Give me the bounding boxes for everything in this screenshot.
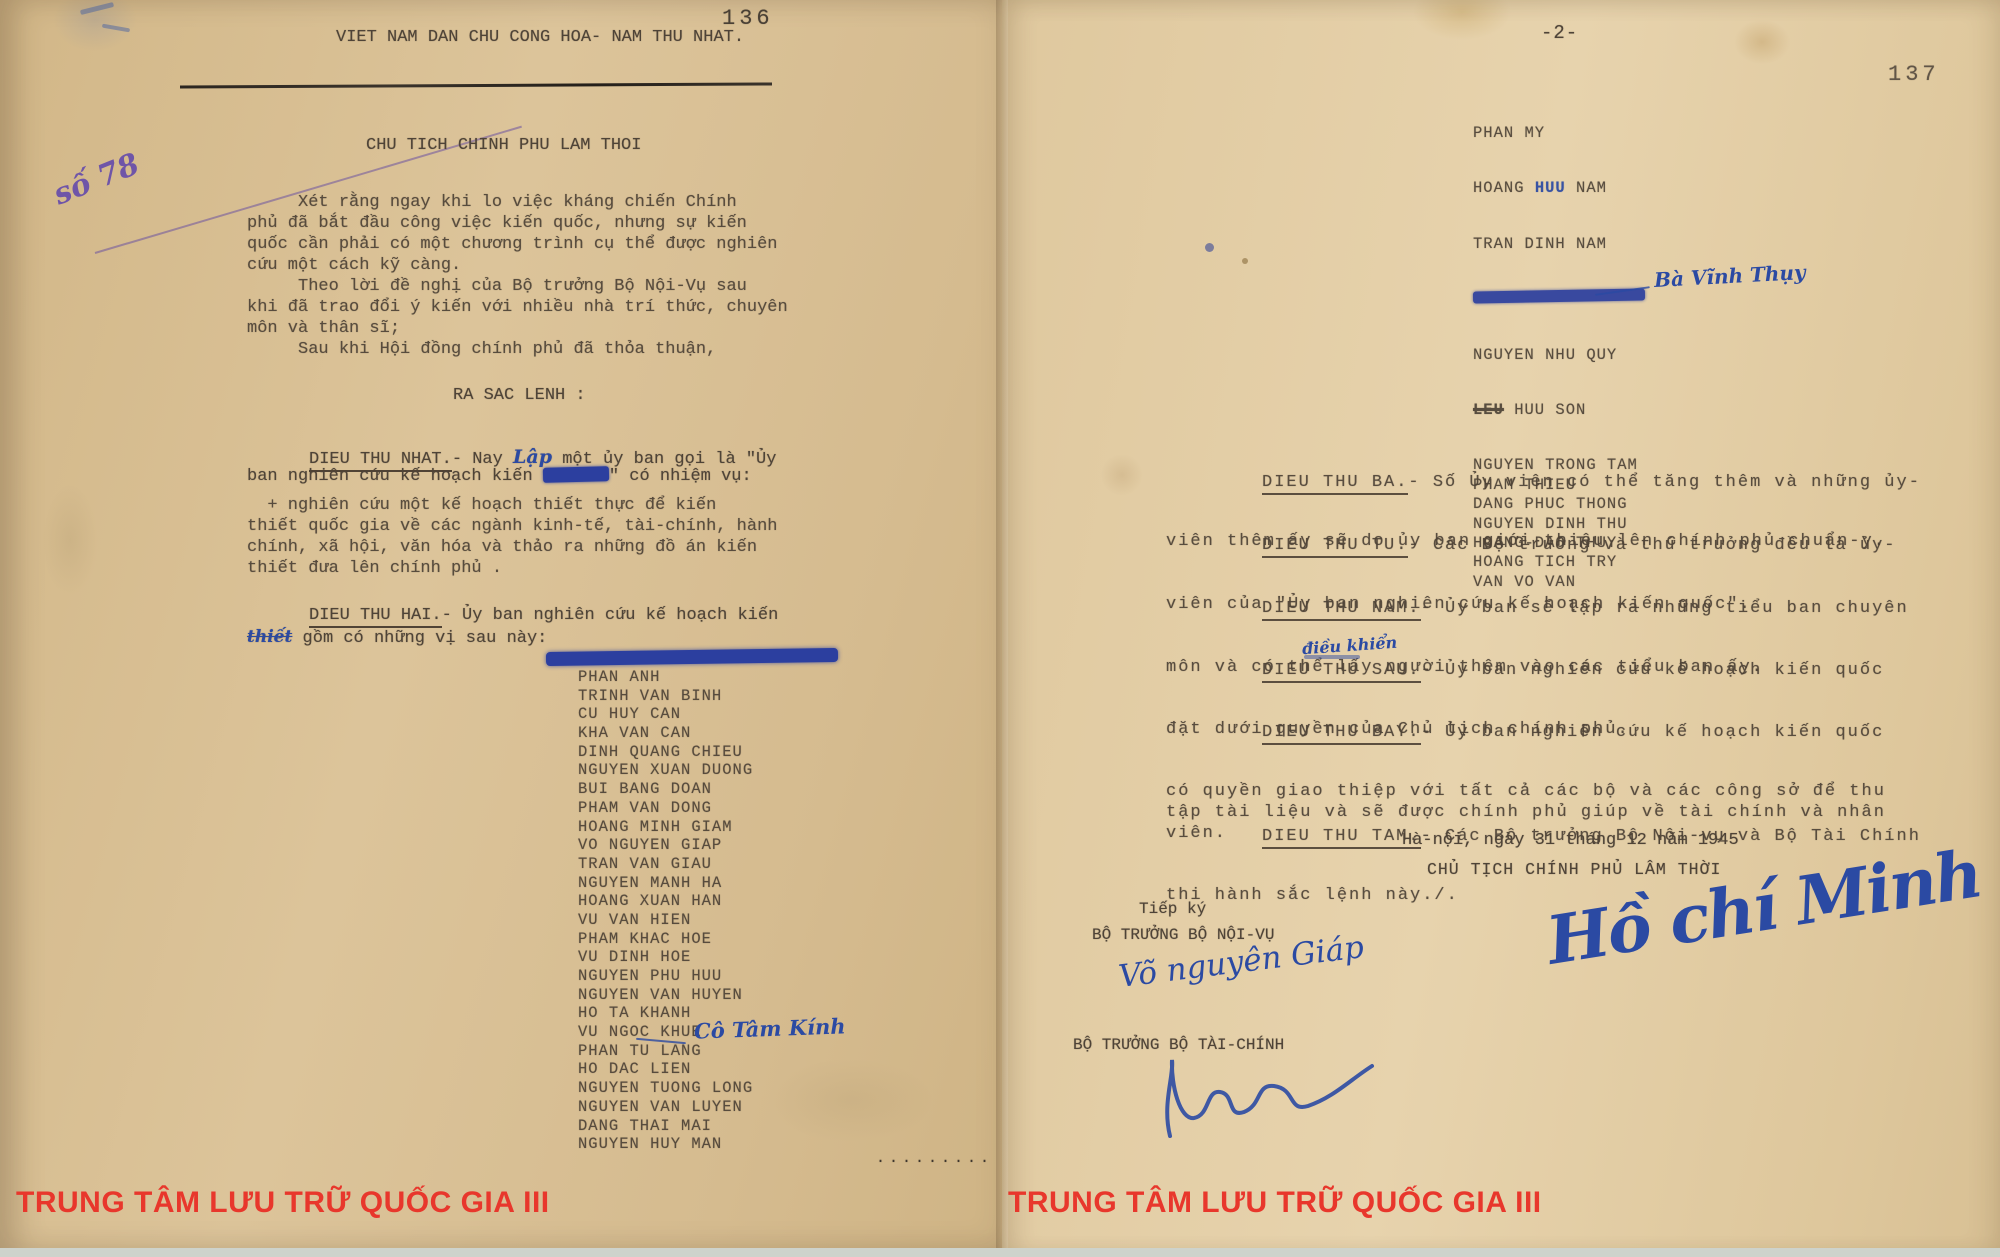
article-1-line-2-post: " có nhiệm vụ: [609,467,752,486]
text-line: VU VAN HIEN [578,911,753,930]
article-5-text: - Ủy ban sẽ lập ra những tiểu ban chuyên [1421,599,1909,618]
article-8-label: DIEU THU TAM. [1262,827,1421,849]
text-line: khi đã trao đổi ý kiến với nhiều nhà trí… [247,297,788,318]
text-line: VU DINH HOE [578,948,753,967]
text-line: NGUYEN TUONG LONG [578,1079,753,1098]
finance-minister-signature [1150,1046,1380,1146]
document-header: VIET NAM DAN CHU CONG HOA- NAM THU NHAT. [336,28,744,47]
text-line: TRINH VAN BINH [578,687,753,706]
member-name: TRAN DINH NAM [1473,235,1645,254]
struck-name-row [1473,290,1645,309]
article-4-line-1: DIEU THU TU.- Các Bộ trưởng và thứ trưởn… [1166,535,1897,556]
preamble: Xét rằng ngay khi lo việc kháng chiến Ch… [247,192,788,360]
text-line: Xét rằng ngay khi lo việc kháng chiến Ch… [247,192,788,213]
text-line: chính, xã hội, văn hóa và thảo ra những … [247,537,778,558]
member-name: NGUYEN NHU QUY [1473,346,1645,365]
article-3-label: DIEU THU BA. [1262,473,1408,495]
countersign-note: Tiếp ký [1139,900,1206,918]
text-line: PHAN TU LANG [578,1042,753,1061]
article-1-line-2-pre: ban nghiên cứu kế hoạch kiến [247,467,543,486]
member-name-part: NAM [1566,179,1607,197]
text-line: + nghiên cứu một kế hoạch thiết thực để … [247,495,778,516]
dateline: Hà-nội, ngày 31 tháng 12 năm 1945 [1402,831,1739,850]
struck-word: LEU [1473,401,1504,419]
ink-speck [1205,243,1214,252]
text-line: TRAN VAN GIAU [578,855,753,874]
article-5-label: DIEU THU NAM. [1262,599,1421,621]
article-6-label: DIEU THU SAU. [1262,661,1421,683]
ellipsis-dots: ......... [876,1150,993,1167]
article-4-text: - Các Bộ trưởng và thứ trưởng đều là ủy- [1408,536,1896,555]
text-line: NGUYEN VAN HUYEN [578,986,753,1005]
article-3-line-1: DIEU THU BA.- Số Ủy viên có thể tăng thê… [1166,472,1921,493]
archive-watermark-right: TRUNG TÂM LƯU TRỮ QUỐC GIA III [1008,1186,1542,1220]
member-name-part: HUU SON [1504,401,1586,419]
handwritten-word-thiet: thiết [247,627,292,647]
article-1-line-1: DIEU THU NHAT.- Nay Lập một ủy ban gọi l… [247,446,776,469]
article-3-text: - Số Ủy viên có thể tăng thêm và những ủ… [1408,473,1920,492]
scan-edge [0,1248,2000,1257]
article-6-line-1: DIEU THU SAU.- Ủy ban nghiên cứu kế hoạc… [1166,660,1884,681]
page-title: CHU TICH CHINH PHU LAM THOI [366,136,641,155]
member-name-part: HOANG [1473,179,1535,197]
scanned-page-left: 136 VIET NAM DAN CHU CONG HOA- NAM THU N… [0,0,1002,1257]
text-line: CU HUY CAN [578,705,753,724]
ink-scribble [80,2,114,15]
article-2-text: - Ủy ban nghiên cứu kế hoạch kiến [442,606,779,625]
handwritten-insert-huu: HUU [1535,179,1566,197]
article-7-label: DIEU THU BAY. [1262,723,1421,745]
article-5-line-1: DIEU THU NAM.- Ủy ban sẽ lập ra những ti… [1166,598,1909,619]
text-line: PHAM VAN DONG [578,799,753,818]
text-line: quốc cần phải có một chương trình cụ thể… [247,234,788,255]
article-6-text: - Ủy ban nghiên cứu kế hoạch kiến quốc [1421,661,1885,680]
text-line: thiết quốc gia về các ngành kinh-tế, tài… [247,516,778,537]
handwritten-insert-lap: Lập [513,446,552,468]
page-seam [996,0,1008,1257]
text-line: HOANG MINH GIAM [578,818,753,837]
scanned-page-right: -2- 137 PHAN MY HOANG HUU NAM TRAN DINH … [1002,0,2000,1257]
text-line: NGUYEN PHU HUU [578,967,753,986]
article-2-line-1: DIEU THU HAI.- Ủy ban nghiên cứu kế hoạc… [247,606,778,625]
member-name-corrected: HOANG HUU NAM [1473,179,1645,198]
article-7-line-1: DIEU THU BAY.- Ủy ban nghiên cứu kế hoạc… [1166,722,1886,743]
text-line: môn và thân sĩ; [247,318,788,339]
text-line: KHA VAN CAN [578,724,753,743]
article-2-label: DIEU THU HAI. [309,606,442,628]
member-name: PHAN MY [1473,124,1645,143]
text-line: thiết đưa lên chính phủ . [247,558,778,579]
archive-watermark-left: TRUNG TÂM LƯU TRỮ QUỐC GIA III [16,1186,550,1220]
article-2-line-2-text: gồm có những vị sau này: [292,629,547,648]
text-line: NGUYEN HUY MAN [578,1135,753,1154]
text-line: Theo lời đề nghị của Bộ trưởng Bộ Nội-Vụ… [247,276,788,297]
member-annotation-thuy: Bà Vĩnh Thụy [1653,260,1806,292]
member-name-struck: LEU HUU SON [1473,401,1645,420]
archive-number-note: số 78 [49,147,145,213]
text-line: NGUYEN VAN LUYEN [578,1098,753,1117]
text-line: phủ đã bắt đầu công việc kiến quốc, nhưn… [247,213,788,234]
text-line: VO NGUYEN GIAP [578,836,753,855]
president-title: CHỦ TỊCH CHÍNH PHỦ LÂM THỜI [1427,860,1721,879]
article-4-label: DIEU THU TU. [1262,536,1408,558]
text-line: PHAN ANH [578,668,753,687]
ink-blot [543,466,609,483]
text-line: Sau khi Hội đồng chính phủ đã thỏa thuận… [247,339,788,360]
header-rule [180,82,772,88]
members-list-left: PHAN ANHTRINH VAN BINHCU HUY CANKHA VAN … [578,668,753,1154]
page-2-marker: -2- [1541,22,1578,44]
paper-speck [1242,258,1248,264]
interior-minister-title: BỘ TRƯỞNG BỘ NỘI-VỤ [1092,926,1274,944]
article-1-tasks: + nghiên cứu một kế hoạch thiết thực để … [247,495,778,579]
annotation-underline [1304,655,1360,659]
text-line: DANG THAI MAI [578,1117,753,1136]
text-line: HO DAC LIEN [578,1060,753,1079]
text-line: cứu một cách kỹ càng. [247,255,788,276]
text-line: DINH QUANG CHIEU [578,743,753,762]
text-line: HOANG XUAN HAN [578,892,753,911]
text-line: BUI BANG DOAN [578,780,753,799]
text-line: PHAM KHAC HOE [578,930,753,949]
article-7-text: - Ủy ban nghiên cứu kế hoạch kiến quốc [1421,723,1885,742]
text-line: NGUYEN MANH HA [578,874,753,893]
struck-name-blot [546,648,838,666]
right-page-number: 137 [1888,62,1940,87]
article-2-line-2: thiết gồm có những vị sau này: [247,627,547,648]
decree-heading: RA SAC LENH : [453,386,586,405]
ink-scribble [102,24,130,33]
text-line: NGUYEN XUAN DUONG [578,761,753,780]
article-1-line-2: ban nghiên cứu kế hoạch kiến " có nhiệm … [247,467,752,486]
member-annotation-khue: Cô Tâm Kính [694,1013,846,1043]
